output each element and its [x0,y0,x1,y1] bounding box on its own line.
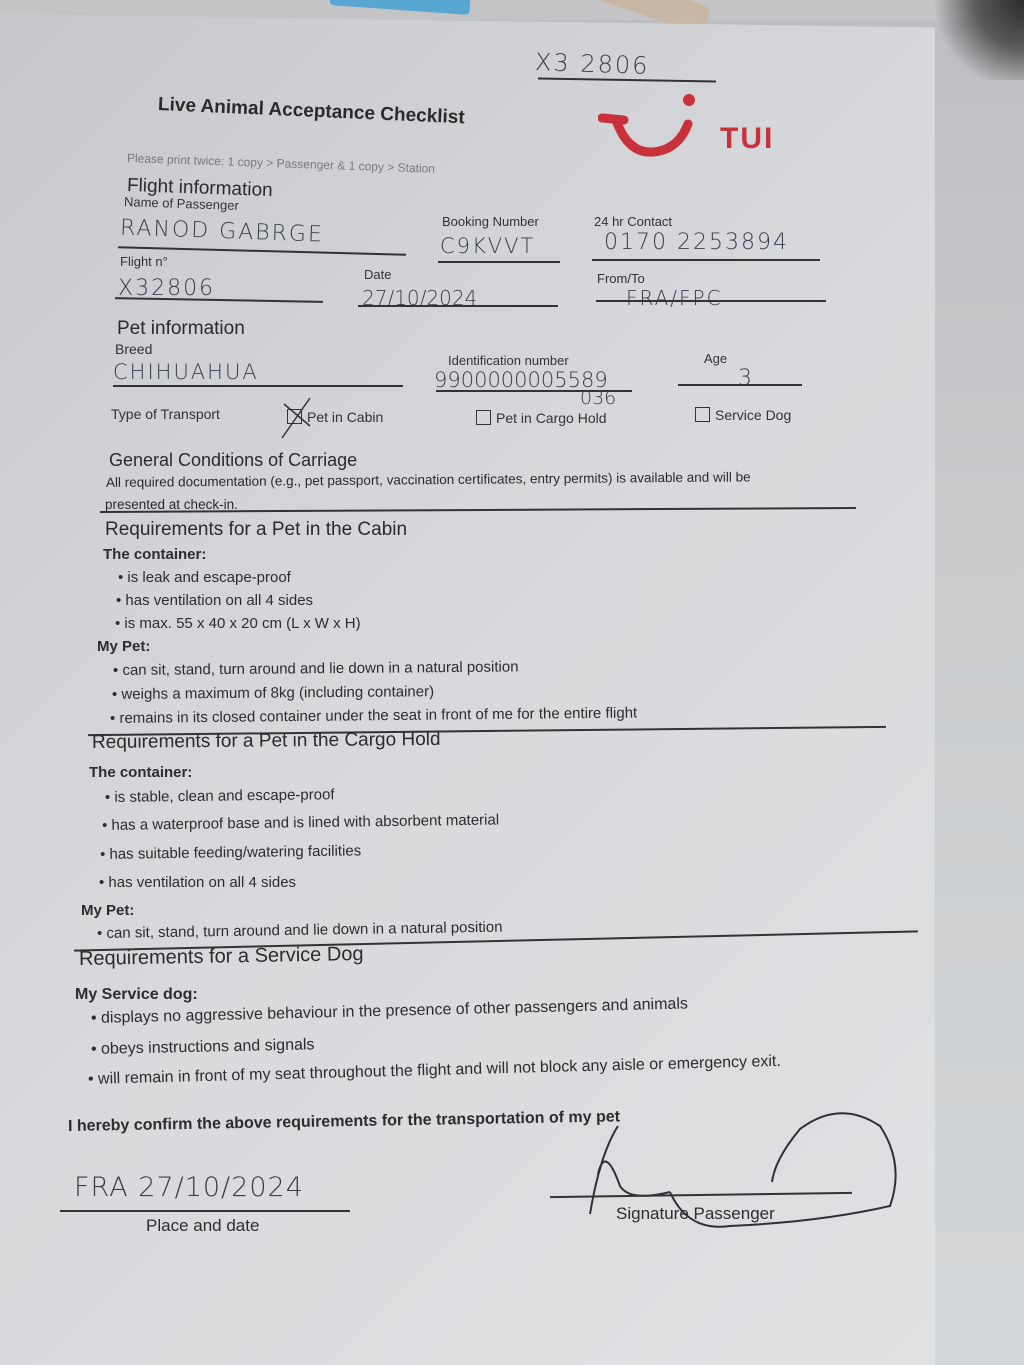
option-label: Pet in Cargo Hold [496,410,607,426]
cross-mark-icon [278,396,318,440]
handwritten-flight-number: X3 2806 [535,48,650,80]
signature-label: Signature Passenger [616,1204,775,1224]
flight-no-label: Flight n° [120,254,168,269]
cabin-container-label: The container: [103,546,206,563]
signature-line [60,1210,350,1212]
field-underline [678,384,802,386]
booking-number-value[interactable]: C9KVVT [440,234,535,258]
section-heading-general-conditions: General Conditions of Carriage [109,450,357,471]
place-date-label: Place and date [146,1216,259,1236]
cargo-container-label: The container: [89,764,192,781]
contact-value[interactable]: 0170 2253894 [604,230,789,255]
list-item: • will remain in front of my seat throug… [88,1053,781,1089]
option-service-dog[interactable]: Service Dog [695,407,791,423]
option-pet-in-cabin[interactable]: Pet in Cabin [287,409,383,425]
list-item: • has suitable feeding/watering faciliti… [100,842,361,863]
breed-value[interactable]: CHIHUAHUA [113,360,259,384]
transport-type-label: Type of Transport [111,406,220,422]
list-item: • can sit, stand, turn around and lie do… [97,919,503,942]
list-item: • can sit, stand, turn around and lie do… [113,658,519,679]
field-underline [592,259,820,261]
list-item: • remains in its closed container under … [110,704,637,727]
option-pet-in-cargo-hold[interactable]: Pet in Cargo Hold [476,410,607,426]
identification-label: Identification number [448,353,569,368]
section-heading-cabin: Requirements for a Pet in the Cabin [105,519,407,541]
field-underline [438,261,560,263]
from-to-value[interactable]: FRA/FPC [626,286,723,310]
section-heading-service-dog: Requirements for a Service Dog [79,943,364,971]
passenger-name-label: Name of Passenger [124,194,239,213]
tui-wordmark: TUI [720,122,774,156]
list-item: • has ventilation on all 4 sides [116,592,313,609]
checkbox-unchecked[interactable] [695,407,710,422]
cabin-pet-label: My Pet: [97,638,150,655]
breed-label: Breed [115,341,152,357]
place-date-value[interactable]: FRA 27/10/2024 [74,1172,304,1203]
from-to-label: From/To [597,271,645,286]
age-value[interactable]: 3 [738,366,754,391]
list-item: • is leak and escape-proof [118,569,291,586]
tui-smile-icon [598,94,708,169]
checkbox-checked[interactable] [287,409,302,424]
tui-logo: TUI [598,94,798,174]
list-item: • is stable, clean and escape-proof [105,786,335,806]
confirmation-text: I hereby confirm the above requirements … [68,1108,620,1136]
underline [538,77,716,82]
field-underline [358,305,558,307]
list-item: • has ventilation on all 4 sides [99,874,296,891]
field-underline [596,300,826,302]
identification-value-line2[interactable]: 036 [580,387,616,409]
background-shadow [934,0,1024,80]
date-label: Date [364,267,391,282]
service-dog-label: My Service dog: [75,986,198,1004]
checkbox-unchecked[interactable] [476,410,491,425]
checklist-document: X3 2806 Live Animal Acceptance Checklist… [0,14,935,1365]
booking-number-label: Booking Number [442,214,539,229]
list-item: • obeys instructions and signals [91,1036,315,1059]
list-item: • has a waterproof base and is lined wit… [102,811,499,834]
list-item: • is max. 55 x 40 x 20 cm (L x W x H) [115,615,361,632]
print-note: Please print twice: 1 copy > Passenger &… [127,151,435,176]
document-title: Live Animal Acceptance Checklist [158,94,466,129]
contact-label: 24 hr Contact [594,214,672,229]
cargo-pet-label: My Pet: [81,902,134,919]
option-label: Pet in Cabin [307,409,383,425]
option-label: Service Dog [715,407,791,423]
age-label: Age [704,351,727,366]
general-conditions-text: All required documentation (e.g., pet pa… [106,469,751,490]
list-item: • weighs a maximum of 8kg (including con… [112,683,434,703]
passenger-name-value[interactable]: RANOD GABRGE [120,215,325,247]
section-heading-pet-info: Pet information [117,318,245,340]
field-underline [113,385,403,387]
section-heading-cargo: Requirements for a Pet in the Cargo Hold [92,729,441,754]
